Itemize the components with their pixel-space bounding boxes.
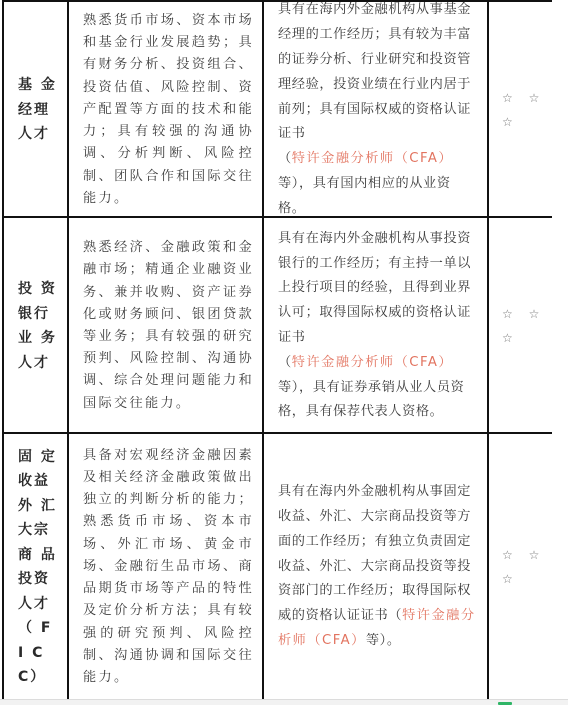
requirements-text: 具有在海内外金融机构从事投资银行的工作经历；有主持一单以上投行项目的经验，且得到… <box>278 227 477 425</box>
role-label: 投 资 银行 业 务 人才 <box>18 277 58 375</box>
cfa-highlight: 特许金融分析师（CFA） <box>292 151 453 166</box>
requirements-text: 具有在海内外金融机构从事基金经理的工作经历；具有较为丰富的证券分析、行业研究和投… <box>278 0 477 222</box>
role-label: 固 定 收益 外 汇 大宗 商 品 投资 人才 （ FI CC） <box>18 445 58 690</box>
skills-cell: 熟悉货币市场、资本市场和基金行业发展趋势；具有财务分析、投资组合、投资估值、风险… <box>69 2 264 218</box>
requirements-text-before: 具有在海内外金融机构从事固定收益、外汇、大宗商品投资等方面的工作经历；有独立负责… <box>278 484 471 623</box>
requirements-text-after: 等），具有证券承销从业人员资格，具有保荐代表人资格。 <box>278 380 464 420</box>
table-row: 投 资 银行 业 务 人才 熟悉经济、金融政策和金融市场；精通企业融资业务、兼并… <box>2 216 552 434</box>
role-label: 基 金 经理 人才 <box>18 73 58 147</box>
requirements-cell: 具有在海内外金融机构从事基金经理的工作经历；具有较为丰富的证券分析、行业研究和投… <box>264 2 489 218</box>
role-cell: 基 金 经理 人才 <box>2 2 69 218</box>
skills-text: 熟悉货币市场、资本市场和基金行业发展趋势；具有财务分析、投资组合、投资估值、风险… <box>83 10 254 210</box>
skills-text: 熟悉经济、金融政策和金融市场；精通企业融资业务、兼并收购、资产证券化或财务顾问、… <box>83 237 254 415</box>
role-cell: 投 资 银行 业 务 人才 <box>2 218 69 434</box>
requirements-text: 具有在海内外金融机构从事固定收益、外汇、大宗商品投资等方面的工作经历；有独立负责… <box>278 480 477 654</box>
requirements-text-before: 具有在海内外金融机构从事基金经理的工作经历；具有较为丰富的证券分析、行业研究和投… <box>278 2 471 166</box>
table-row: 固 定 收益 外 汇 大宗 商 品 投资 人才 （ FI CC） 具备对宏观经济… <box>2 432 552 700</box>
skills-cell: 熟悉经济、金融政策和金融市场；精通企业融资业务、兼并收购、资产证券化或财务顾问、… <box>69 218 264 434</box>
star-rating-icon: ☆ ☆ ☆ <box>502 302 546 350</box>
requirements-cell: 具有在海内外金融机构从事固定收益、外汇、大宗商品投资等方面的工作经历；有独立负责… <box>264 434 489 700</box>
star-rating-icon: ☆ ☆ ☆ <box>502 543 546 591</box>
rating-cell: ☆ ☆ ☆ <box>489 434 552 700</box>
role-cell: 固 定 收益 外 汇 大宗 商 品 投资 人才 （ FI CC） <box>2 434 69 700</box>
skills-text: 具备对宏观经济金融因素及相关经济金融政策做出独立的判断分析的能力；熟悉货币市场、… <box>83 445 254 689</box>
requirements-cell: 具有在海内外金融机构从事投资银行的工作经历；有主持一单以上投行项目的经验，且得到… <box>264 218 489 434</box>
requirements-text-after: 等）。 <box>366 633 401 648</box>
skills-cell: 具备对宏观经济金融因素及相关经济金融政策做出独立的判断分析的能力；熟悉货币市场、… <box>69 434 264 700</box>
bottom-scroll-bar[interactable] <box>0 699 568 705</box>
star-rating-icon: ☆ ☆ ☆ <box>502 86 546 134</box>
rating-cell: ☆ ☆ ☆ <box>489 218 552 434</box>
requirements-text-before: 具有在海内外金融机构从事投资银行的工作经历；有主持一单以上投行项目的经验，且得到… <box>278 231 471 370</box>
rating-cell: ☆ ☆ ☆ <box>489 2 552 218</box>
requirements-text-after: 等），具有国内相应的从业资格。 <box>278 176 451 216</box>
table-row: 基 金 经理 人才 熟悉货币市场、资本市场和基金行业发展趋势；具有财务分析、投资… <box>2 0 552 218</box>
cfa-highlight: 特许金融分析师（CFA） <box>292 355 453 370</box>
